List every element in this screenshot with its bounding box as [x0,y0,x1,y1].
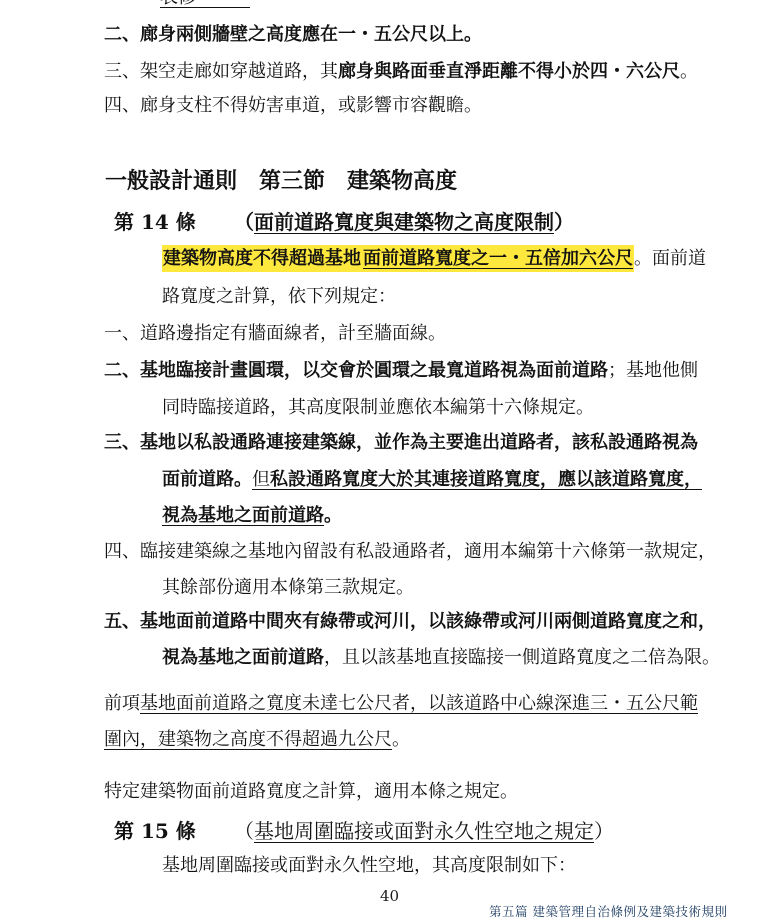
text-span: 。面前道 [634,248,706,269]
text-line: 二、廊身兩側牆壁之高度應在一・五公尺以上。 [104,23,482,46]
text-span: 面前道路。 [162,469,252,490]
text-span: 。 [680,61,698,82]
text-line: 二、基地臨接計畫圓環，以交會於圓環之最寬道路視為面前道路；基地他側 [104,359,698,382]
text-line: 第 14 條 [114,209,196,235]
text-line: 五、基地面前道路中間夾有綠帶或河川，以該綠帶或河川兩側道路寬度之和， [104,610,716,633]
text-line: 建築物高度不得超過基地面前道路寬度之一・五倍加六公尺。面前道 [162,247,706,270]
text-span: 第 14 條 [114,210,196,234]
text-line: 視為基地之面前道路。 [162,504,342,527]
text-line: 特定建築物面前道路寬度之計算，適用本條之規定。 [104,780,518,803]
text-line: 第 15 條 [114,818,196,844]
text-line: 視為基地之面前道路，且以該基地直接臨接一側道路寬度之二倍為限。 [162,646,720,669]
text-line: 其餘部份適用本條第三款規定。 [162,576,414,599]
text-line: 四、臨接建築線之基地內留設有私設通路者，適用本編第十六條第一款規定， [104,540,716,563]
text-span: 三、架空走廊如穿越道路，其 [104,61,338,82]
text-span: 。 [324,505,342,526]
text-span: 面前道路寬度與建築物之高度限制 [254,210,554,234]
text-span: ，且以該基地直接臨接一側道路寬度之二倍為限。 [324,647,720,668]
text-span: 。 [392,729,410,750]
text-span: 三、基地以私設通路連接建築線，並作為主要進出道路者，該私設通路視為 [104,432,698,453]
text-span: 基地周圍臨接或面對永久性空地之規定 [254,819,594,843]
text-line: 表修 [160,0,250,9]
text-span: 基地周圍臨接或面對永久性空地，其高度限制如下： [162,855,576,876]
text-span: 表修 [160,0,250,8]
text-line: 一、道路邊指定有牆面線者，計至牆面線。 [104,322,446,345]
text-span: 視為基地之面前道路 [162,647,324,668]
text-line: 三、基地以私設通路連接建築線，並作為主要進出道路者，該私設通路視為 [104,431,698,454]
highlighted-text-span: 建築物高度不得超過基地 [162,245,362,272]
text-span: 視為基地之面前道路 [162,505,324,526]
document-page: 40 第五篇 建築管理自治條例及建築技術規則 表修 二、廊身兩側牆壁之高度應在一… [0,0,779,922]
footer-section-label: 第五篇 建築管理自治條例及建築技術規則 [489,902,727,920]
text-span: 路寬度之計算，依下列規定： [162,286,396,307]
text-line: 圍內，建築物之高度不得超過九公尺。 [104,728,410,751]
text-span: ；基地他側 [608,360,698,381]
text-span: 其餘部份適用本條第三款規定。 [162,577,414,598]
text-span: 四、臨接建築線之基地內留設有私設通路者，適用本編第十六條第一款規定， [104,541,716,562]
text-span: 四、廊身支柱不得妨害車道，或影響市容觀瞻。 [104,95,482,116]
text-span: 二、基地臨接計畫圓環，以交會於圓環之最寬道路視為面前道路 [104,360,608,381]
text-line: （基地周圍臨接或面對永久性空地之規定） [234,818,614,844]
text-span: ） [554,210,574,234]
text-span: 第 15 條 [114,819,196,843]
text-span: （ [234,210,254,234]
text-span: 私設通路寬度大於其連接道路寬度，應以該道路寬度， [270,469,702,490]
text-span: 廊身與路面垂直淨距離不得小於四・六公尺 [338,61,680,82]
text-line: 同時臨接道路，其高度限制並應依本編第十六條規定。 [162,396,594,419]
text-span: 但 [252,469,270,490]
text-line: 基地周圍臨接或面對永久性空地，其高度限制如下： [162,854,576,877]
text-line: 前項基地面前道路之寬度未達七公尺者，以該道路中心線深進三・五公尺範 [104,692,698,715]
text-line: 三、架空走廊如穿越道路，其廊身與路面垂直淨距離不得小於四・六公尺。 [104,60,698,83]
text-span: 特定建築物面前道路寬度之計算，適用本條之規定。 [104,781,518,802]
text-line: 路寬度之計算，依下列規定： [162,285,396,308]
text-line: 四、廊身支柱不得妨害車道，或影響市容觀瞻。 [104,94,482,117]
text-span: 二、廊身兩側牆壁之高度應在一・五公尺以上。 [104,24,482,45]
text-span: 五、基地面前道路中間夾有綠帶或河川，以該綠帶或河川兩側道路寬度之和， [104,611,716,632]
text-span: 圍內，建築物之高度不得超過九公尺 [104,729,392,750]
text-line: 一般設計通則 第三節 建築物高度 [105,167,457,197]
text-span: （ [234,819,254,843]
text-span: 同時臨接道路，其高度限制並應依本編第十六條規定。 [162,397,594,418]
text-line: 面前道路。但私設通路寬度大於其連接道路寬度，應以該道路寬度， [162,468,702,491]
text-span: 一般設計通則 第三節 建築物高度 [105,168,457,194]
text-span: ） [594,819,614,843]
text-span: 基地面前道路之寬度未達七公尺者，以該道路中心線深進三・五公尺範 [140,693,698,714]
text-span: 前項 [104,693,140,714]
highlighted-text-span: 面前道路寬度之一・五倍加六公尺 [362,245,634,272]
text-span: 一、道路邊指定有牆面線者，計至牆面線。 [104,323,446,344]
text-line: （面前道路寬度與建築物之高度限制） [234,209,574,235]
